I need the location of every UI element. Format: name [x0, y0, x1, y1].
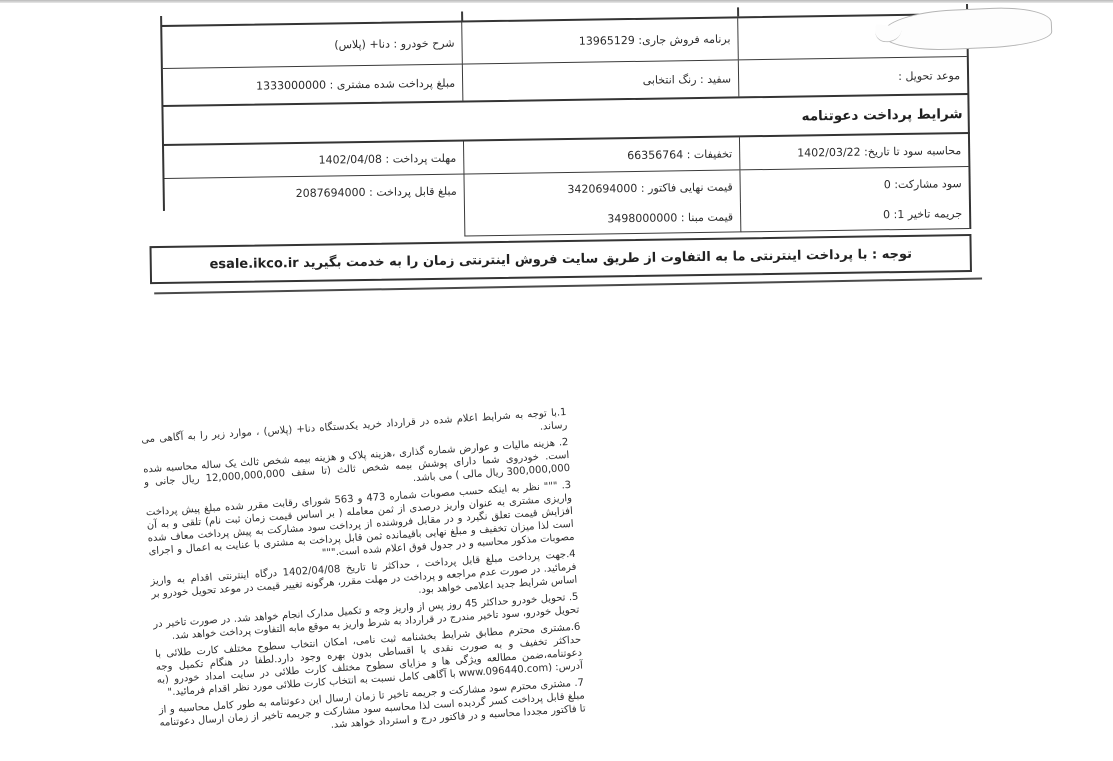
- cell-payment-deadline: مهلت پرداخت : 1402/04/08: [164, 142, 463, 178]
- cell-sales-program: برنامه فروش جاری: 13965129: [461, 18, 738, 63]
- cell-amount-paid: مبلغ پرداخت شده مشتری : 1333000000: [163, 65, 463, 105]
- cell-delay-penalty: جریمه تاخیر 1: 0: [740, 199, 969, 232]
- terms-text-block: 1.با توجه به شرایط اعلام شده در قرارداد …: [141, 406, 586, 747]
- cell-payable-amount: مبلغ قابل پرداخت : 2087694000: [165, 175, 464, 211]
- table-border-stub: [737, 7, 739, 16]
- table-border-stub: [160, 16, 162, 25]
- scanned-invoice-screenshot: { "colors": { "page_bg": "#ffffff", "lin…: [0, 0, 1113, 761]
- cell-participation-interest: سود مشارکت: 0: [739, 167, 968, 202]
- cell-delivery-date: موعد تحویل :: [738, 57, 968, 96]
- invoice-sheet: ردیف فرا برنامه فروش جاری: 13965129 شرح …: [160, 4, 972, 293]
- cell-vehicle-description: شرح خودرو : دنا+ (پلاس): [162, 23, 462, 68]
- section-title: شرایط پرداخت دعوتنامه: [801, 106, 962, 124]
- notice-text: توجه : با پرداخت اینترنتی ما به التفاوت …: [209, 246, 912, 271]
- cell-color: سفید : رنگ انتخابی: [462, 60, 739, 100]
- cell-base-price: قیمت مبنا : 3498000000: [464, 202, 740, 236]
- cell-final-invoice-price: قیمت نهایی فاکتور : 3420694000: [463, 170, 739, 206]
- payment-terms-table: محاسبه سود تا تاریخ: 1402/03/22 تخفیفات …: [162, 132, 971, 211]
- table-border-stub: [461, 11, 463, 20]
- scan-top-edge: [0, 0, 1113, 3]
- vehicle-info-table: ردیف فرا برنامه فروش جاری: 13965129 شرح …: [160, 13, 969, 107]
- cell-discounts: تخفیفات : 66356764: [463, 137, 739, 173]
- cell-interest-calc-date: محاسبه سود تا تاریخ: 1402/03/22: [739, 134, 968, 169]
- empty-region: [163, 206, 464, 240]
